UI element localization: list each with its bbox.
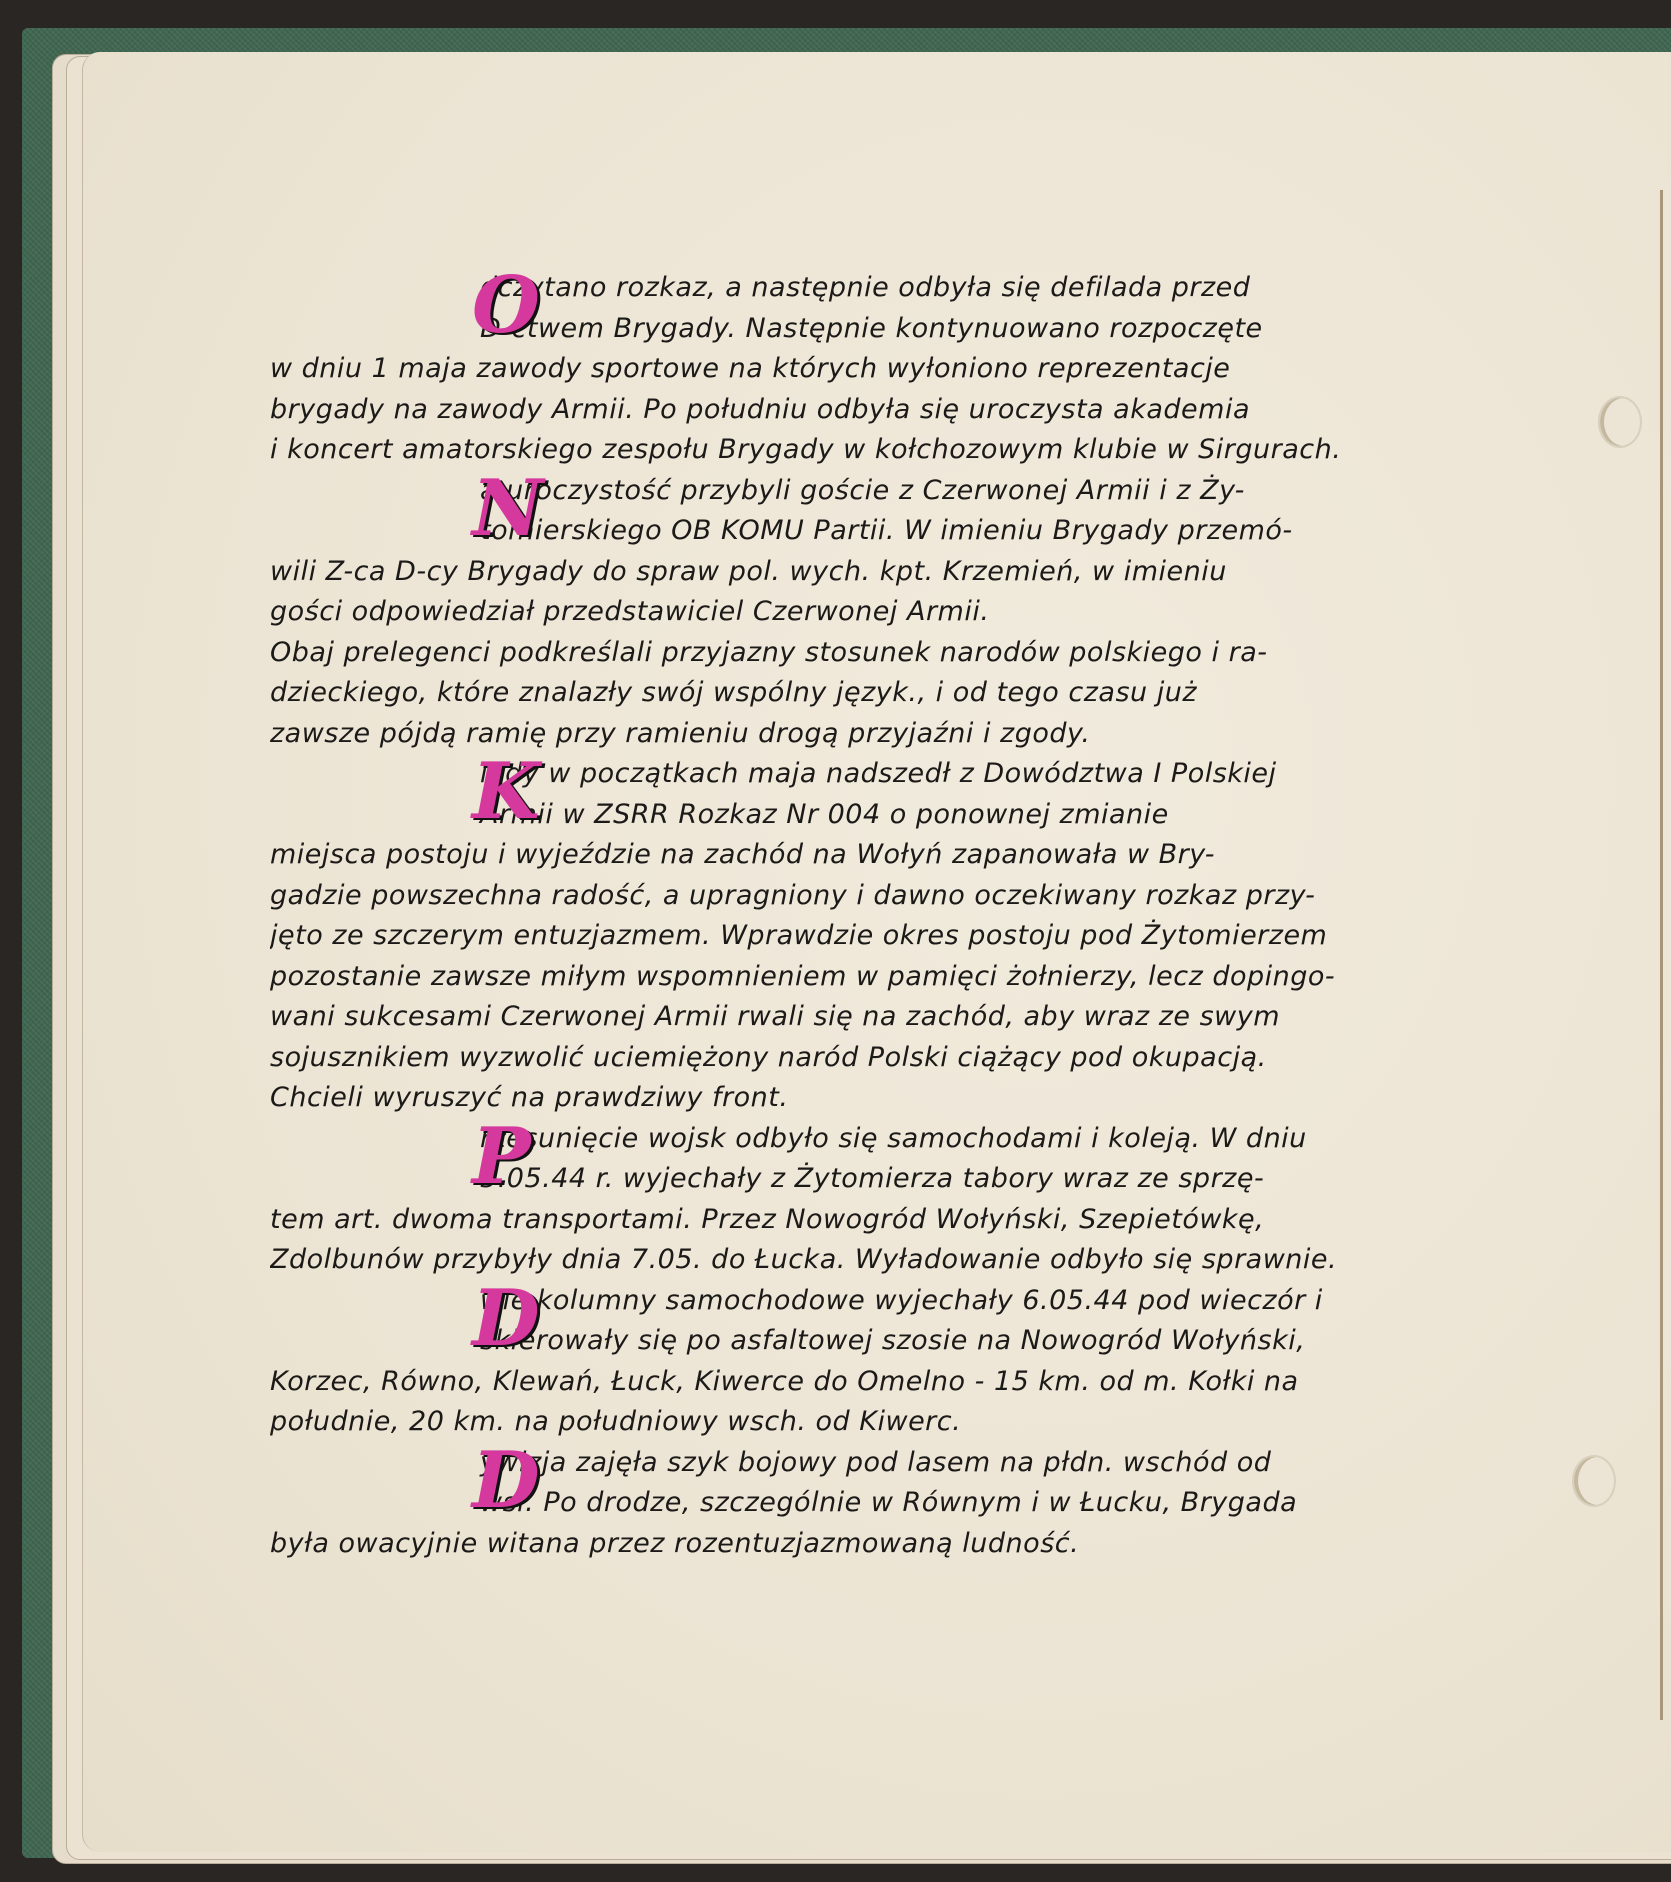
text-line: sojusznikiem wyzwolić uciemiężony naród …: [270, 1038, 1470, 1079]
text-line: Zdolbunów przybyły dnia 7.05. do Łucka. …: [270, 1240, 1470, 1281]
handwritten-text: O dczytano rozkaz, a następnie odbyła si…: [270, 268, 1470, 1564]
text-line: tomierskiego OB KOMU Partii. W imieniu B…: [270, 511, 1470, 552]
paragraph-3: K iedy w początkach maja nadszedł z Dowó…: [270, 754, 1470, 1119]
dropcap-letter: P: [472, 1117, 531, 1197]
text-line: Obaj prelegenci podkreślali przyjazny st…: [270, 633, 1470, 674]
text-line: Armii w ZSRR Rozkaz Nr 004 o ponownej zm…: [270, 795, 1470, 836]
text-line: tem art. dwoma transportami. Przez Nowog…: [270, 1200, 1470, 1241]
text-line: zawsze pójdą ramię przy ramieniu drogą p…: [270, 714, 1470, 755]
text-line: gadzie powszechna radość, a upragniony i…: [270, 876, 1470, 917]
text-line: D-ctwem Brygady. Następnie kontynuowano …: [270, 309, 1470, 350]
text-line: wili Z-ca D-cy Brygady do spraw pol. wyc…: [270, 552, 1470, 593]
paragraph-2: N a uroczystość przybyli goście z Czerwo…: [270, 471, 1470, 755]
binding-cord: [1660, 190, 1663, 1720]
text-line: 5.05.44 r. wyjechały z Żytomierza tabory…: [270, 1159, 1470, 1200]
text-line: była owacyjnie witana przez rozentuzjazm…: [270, 1524, 1470, 1565]
text-line: skierowały się po asfaltowej szosie na N…: [270, 1321, 1470, 1362]
paragraph-6: D ywizja zajęła szyk bojowy pod lasem na…: [270, 1443, 1470, 1565]
text-line: Chcieli wyruszyć na prawdziwy front.: [270, 1078, 1470, 1119]
paragraph-1: O dczytano rozkaz, a następnie odbyła si…: [270, 268, 1470, 471]
text-line: pozostanie zawsze miłym wspomnieniem w p…: [270, 957, 1470, 998]
dropcap-letter: O: [472, 266, 540, 346]
dropcap-letter: D: [472, 1279, 540, 1359]
text-line: brygady na zawody Armii. Po południu odb…: [270, 390, 1470, 431]
text-line: jęto ze szczerym entuzjazmem. Wprawdzie …: [270, 916, 1470, 957]
text-line: rzesunięcie wojsk odbyło się samochodami…: [270, 1119, 1470, 1160]
dropcap-letter: N: [472, 469, 544, 549]
paragraph-4: P rzesunięcie wojsk odbyło się samochoda…: [270, 1119, 1470, 1281]
paragraph-5: D wie kolumny samochodowe wyjechały 6.05…: [270, 1281, 1470, 1443]
text-line: iedy w początkach maja nadszedł z Dowódz…: [270, 754, 1470, 795]
text-line: Korzec, Równo, Klewań, Łuck, Kiwerce do …: [270, 1362, 1470, 1403]
text-line: miejsca postoju i wyjeździe na zachód na…: [270, 835, 1470, 876]
text-line: w dniu 1 maja zawody sportowe na których…: [270, 349, 1470, 390]
text-line: południe, 20 km. na południowy wsch. od …: [270, 1402, 1470, 1443]
dropcap-letter: D: [472, 1441, 540, 1521]
text-line: ywizja zajęła szyk bojowy pod lasem na p…: [270, 1443, 1470, 1484]
text-line: wani sukcesami Czerwonej Armii rwali się…: [270, 997, 1470, 1038]
dropcap-letter: K: [472, 752, 540, 832]
text-line: dczytano rozkaz, a następnie odbyła się …: [270, 268, 1470, 309]
text-line: a uroczystość przybyli goście z Czerwone…: [270, 471, 1470, 512]
text-line: wie kolumny samochodowe wyjechały 6.05.4…: [270, 1281, 1470, 1322]
text-line: dzieckiego, które znalazły swój wspólny …: [270, 673, 1470, 714]
text-line: i koncert amatorskiego zespołu Brygady w…: [270, 430, 1470, 471]
text-line: gości odpowiedział przedstawiciel Czerwo…: [270, 592, 1470, 633]
text-line: wsi. Po drodze, szczególnie w Równym i w…: [270, 1483, 1470, 1524]
punch-hole-bottom: [1572, 1455, 1616, 1507]
punch-hole-top: [1598, 396, 1642, 448]
